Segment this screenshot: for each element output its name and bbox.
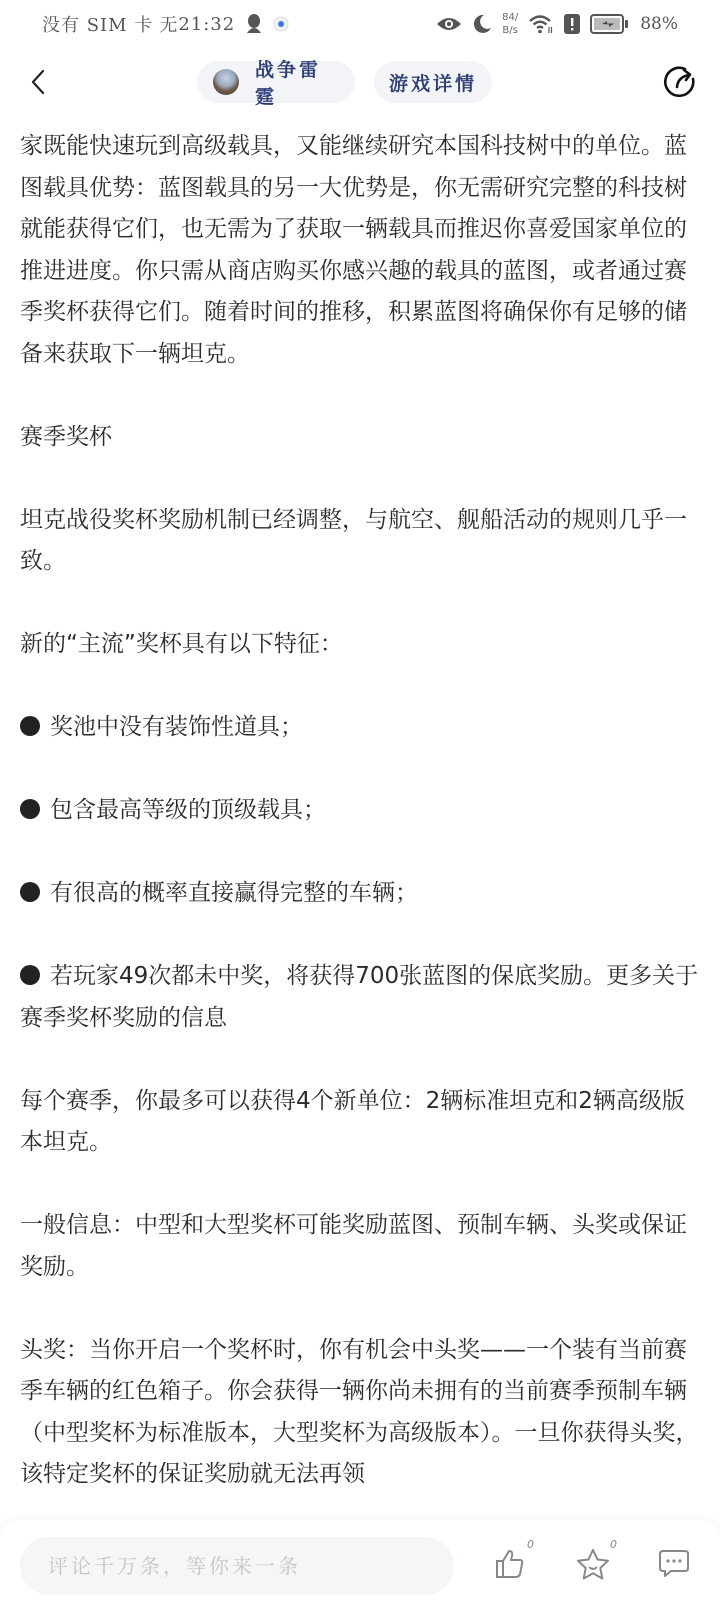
battery-percent: 88%: [640, 14, 678, 34]
article-paragraph: 头奖：当你开启一个奖杯时，你有机会中头奖——一个装有当前赛季车辆的红色箱子。你会…: [20, 1330, 702, 1496]
game-chip-label: 战争雷霆: [255, 55, 339, 109]
article-paragraph: 家既能快速玩到高级载具，又能继续研究本国科技树中的单位。蓝图载具优势：蓝图载具的…: [20, 126, 702, 375]
status-bar: 没有 SIM 卡 无 21:32 84/ B/s 88%: [0, 0, 720, 48]
chevron-left-icon: [30, 69, 46, 99]
bullet-text: 奖池中没有装饰性道具；: [50, 714, 303, 740]
favorite-count: 0: [610, 1538, 617, 1551]
battery-charging-icon: [590, 14, 630, 34]
carrier-text: 没有 SIM 卡: [42, 11, 153, 37]
bottom-action-bar: 0 0: [0, 1520, 720, 1612]
bullet-item: 奖池中没有装饰性道具；: [20, 707, 702, 749]
status-left: 没有 SIM 卡 无 21:32: [42, 11, 289, 37]
game-details-label: 游戏详情: [389, 69, 477, 96]
thumbs-up-icon: [493, 1547, 527, 1585]
game-avatar: [213, 69, 239, 95]
bullet-dot-icon: [20, 799, 40, 819]
eye-icon: [436, 16, 462, 32]
article-paragraph: 一般信息：中型和大型奖杯可能奖励蓝图、预制车辆、头奖或保证奖励。: [20, 1205, 702, 1288]
bullet-dot-icon: [20, 716, 40, 736]
article-paragraph: 新的“主流”奖杯具有以下特征：: [20, 624, 702, 666]
nav-bar: 战争雷霆 游戏详情: [0, 56, 720, 114]
bullet-dot-icon: [20, 965, 40, 985]
net-speed-value: 84/: [502, 11, 518, 24]
bullet-text: 若玩家49次都未中奖，将获得700张蓝图的保底奖励。更多关于赛季奖杯奖励的信息: [20, 963, 698, 1031]
article-paragraph: 每个赛季，你最多可以获得4个新单位：2辆标准坦克和2辆高级版本坦克。: [20, 1081, 702, 1164]
bullet-item: 包含最高等级的顶级载具；: [20, 790, 702, 832]
bullet-dot-icon: [20, 882, 40, 902]
game-chip[interactable]: 战争雷霆: [197, 61, 355, 103]
qq-icon: [245, 13, 263, 35]
share-arrow-icon: [663, 65, 697, 103]
back-button[interactable]: [18, 64, 58, 104]
article-body: 家既能快速玩到高级载具，又能继续研究本国科技树中的单位。蓝图载具优势：蓝图载具的…: [20, 126, 702, 1496]
alert-icon: [564, 14, 580, 34]
bullet-item: 若玩家49次都未中奖，将获得700张蓝图的保底奖励。更多关于赛季奖杯奖励的信息: [20, 956, 702, 1039]
bullet-text: 包含最高等级的顶级载具；: [50, 797, 326, 823]
star-icon: [575, 1547, 611, 1585]
comment-input[interactable]: [20, 1537, 454, 1595]
section-heading: 赛季奖杯: [20, 417, 702, 459]
comment-bubble-icon: [657, 1548, 691, 1584]
status-right: 84/ B/s 88%: [436, 11, 678, 37]
like-button[interactable]: 0: [488, 1544, 532, 1588]
bullet-item: 有很高的概率直接赢得完整的车辆；: [20, 873, 702, 915]
wifi-icon: [528, 14, 554, 34]
net-speed: 84/ B/s: [502, 11, 518, 37]
bullet-text: 有很高的概率直接赢得完整的车辆；: [50, 880, 418, 906]
game-details-chip[interactable]: 游戏详情: [374, 61, 492, 103]
favorite-button[interactable]: 0: [571, 1544, 615, 1588]
comments-button[interactable]: [652, 1544, 696, 1588]
clock: 21:32: [178, 14, 235, 35]
share-button[interactable]: [660, 64, 700, 104]
moon-icon: [472, 14, 492, 34]
net-speed-unit: B/s: [502, 24, 518, 37]
like-count: 0: [527, 1538, 534, 1551]
article-paragraph: 坦克战役奖杯奖励机制已经调整，与航空、舰船活动的规则几乎一致。: [20, 500, 702, 583]
notification-dot-icon: [273, 16, 289, 32]
carrier-suffix: 无: [159, 11, 178, 37]
